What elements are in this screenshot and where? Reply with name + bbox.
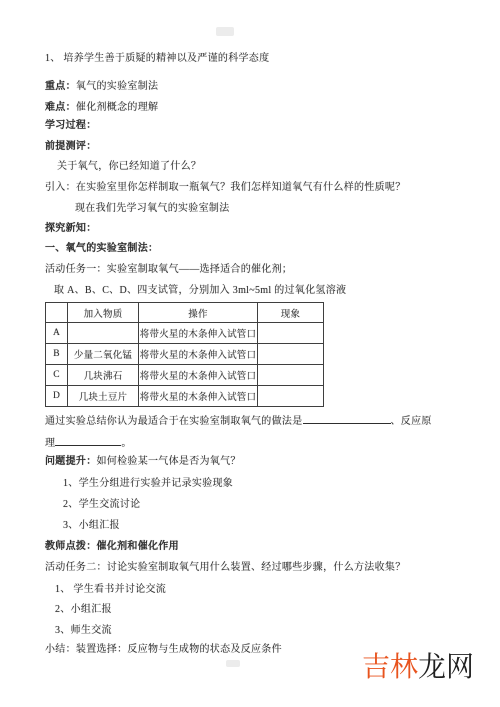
row-phenomenon — [258, 386, 324, 407]
site-watermark: 吉林龙网 — [362, 652, 474, 682]
row-operation: 将带火星的木条伸入试管口 — [139, 386, 258, 407]
row-id: D — [46, 386, 68, 407]
task-two-line: 活动任务二：讨论实验室制取氧气用什么装置、经过哪些步骤，什么方法收集？ — [45, 561, 406, 574]
header-cell-empty — [46, 303, 68, 323]
key-point-text: 氧气的实验室制法 — [76, 81, 158, 92]
difficult-point-text: 催化剂概念的理解 — [76, 102, 158, 113]
conclusion-part4: 。 — [121, 438, 131, 449]
question-raise-label: 问题提升： — [45, 456, 97, 467]
table-row: D 几块土豆片 将带火星的木条伸入试管口 — [46, 386, 324, 407]
step2-item-1: 1、 学生看书并讨论交流 — [55, 583, 166, 596]
row-substance — [68, 323, 139, 344]
watermark-part-black: 龙网 — [418, 651, 474, 682]
table-row: B 少量二氧化锰 将带火星的木条伸入试管口 — [46, 344, 324, 365]
watermark-part-red: 吉林 — [362, 651, 418, 682]
faint-scan-smudge-bottom — [226, 660, 240, 667]
header-cell-operation: 操作 — [139, 303, 258, 323]
row-operation: 将带火星的木条伸入试管口 — [139, 323, 258, 344]
known-question-line: 关于氧气，你已经知道了什么？ — [57, 160, 201, 173]
table-header-row: 加入物质 操作 现象 — [46, 303, 324, 323]
row-substance: 少量二氧化锰 — [68, 344, 139, 365]
learning-process-heading: 学习过程： — [45, 119, 97, 132]
row-substance: 几块土豆片 — [68, 386, 139, 407]
key-point-line: 重点：氧气的实验室制法 — [45, 80, 158, 93]
step2-item-3: 3、师生交流 — [55, 624, 112, 637]
header-cell-phenomenon: 现象 — [258, 303, 324, 323]
conclusion-part1: 通过实验总结你认为最适合于在实验室制取氧气的做法是 — [45, 416, 303, 427]
conclusion-part2: 、反应原 — [391, 416, 432, 427]
objective-text: 1、 培养学生善于质疑的精神以及严谨的科学态度 — [45, 53, 269, 64]
row-operation: 将带火星的木条伸入试管口 — [139, 344, 258, 365]
fill-in-blank — [55, 435, 121, 446]
question-raise-text: 如何检验某一气体是否为氧气？ — [97, 456, 241, 467]
conclusion-line-2: 理。 — [45, 435, 132, 450]
row-id: B — [46, 344, 68, 365]
row-id: C — [46, 365, 68, 386]
question-raise-line: 问题提升：如何检验某一气体是否为氧气？ — [45, 455, 241, 468]
document-page: 1、 培养学生善于质疑的精神以及严谨的科学态度 重点：氧气的实验室制法 难点：催… — [0, 0, 500, 707]
conclusion-part3: 理 — [45, 438, 55, 449]
summary-line: 小结：装置选择：反应物与生成物的状态及反应条件 — [45, 643, 282, 656]
row-substance: 几块沸石 — [68, 365, 139, 386]
faint-scan-smudge-top — [216, 27, 234, 36]
take-tubes-line: 取 A、B、C、D、四支试管，分别加入 3ml~5ml 的过氧化氢溶液 — [54, 284, 346, 297]
now-learn-line: 现在我们先学习氧气的实验室制法 — [75, 202, 230, 215]
difficult-point-line: 难点：催化剂概念的理解 — [45, 101, 158, 114]
pretest-heading: 前提测评： — [45, 140, 97, 153]
row-phenomenon — [258, 323, 324, 344]
step2-item-2: 2、小组汇报 — [55, 603, 112, 616]
objective-line: 1、 培养学生善于质疑的精神以及严谨的科学态度 — [45, 52, 269, 65]
section-one-heading: 一、氧气的实验室制法： — [45, 242, 158, 255]
step1-item-2: 2、学生交流讨论 — [63, 498, 140, 511]
teacher-tip-line: 教师点拨：催化剂和催化作用 — [45, 540, 179, 553]
key-point-label: 重点： — [45, 81, 76, 92]
difficult-point-label: 难点： — [45, 102, 76, 113]
table-row: C 几块沸石 将带火星的木条伸入试管口 — [46, 365, 324, 386]
intro-line: 引入：在实验室里你怎样制取一瓶氧气？我们怎样知道氧气有什么样的性质呢？ — [45, 181, 406, 194]
experiment-table: 加入物质 操作 现象 A 将带火星的木条伸入试管口 B 少量二氧化锰 将带火星的… — [45, 302, 324, 407]
fill-in-blank — [303, 413, 391, 424]
task-one-line: 活动任务一：实验室制取氧气——选择适合的催化剂； — [45, 263, 292, 276]
row-phenomenon — [258, 365, 324, 386]
table-row: A 将带火星的木条伸入试管口 — [46, 323, 324, 344]
row-id: A — [46, 323, 68, 344]
row-operation: 将带火星的木条伸入试管口 — [139, 365, 258, 386]
conclusion-line-1: 通过实验总结你认为最适合于在实验室制取氧气的做法是、反应原 — [45, 413, 432, 428]
step1-item-3: 3、小组汇报 — [63, 519, 120, 532]
explore-heading: 探究新知： — [45, 222, 97, 235]
step1-item-1: 1、学生分组进行实验并记录实验现象 — [63, 477, 233, 490]
row-phenomenon — [258, 344, 324, 365]
header-cell-substance: 加入物质 — [68, 303, 139, 323]
